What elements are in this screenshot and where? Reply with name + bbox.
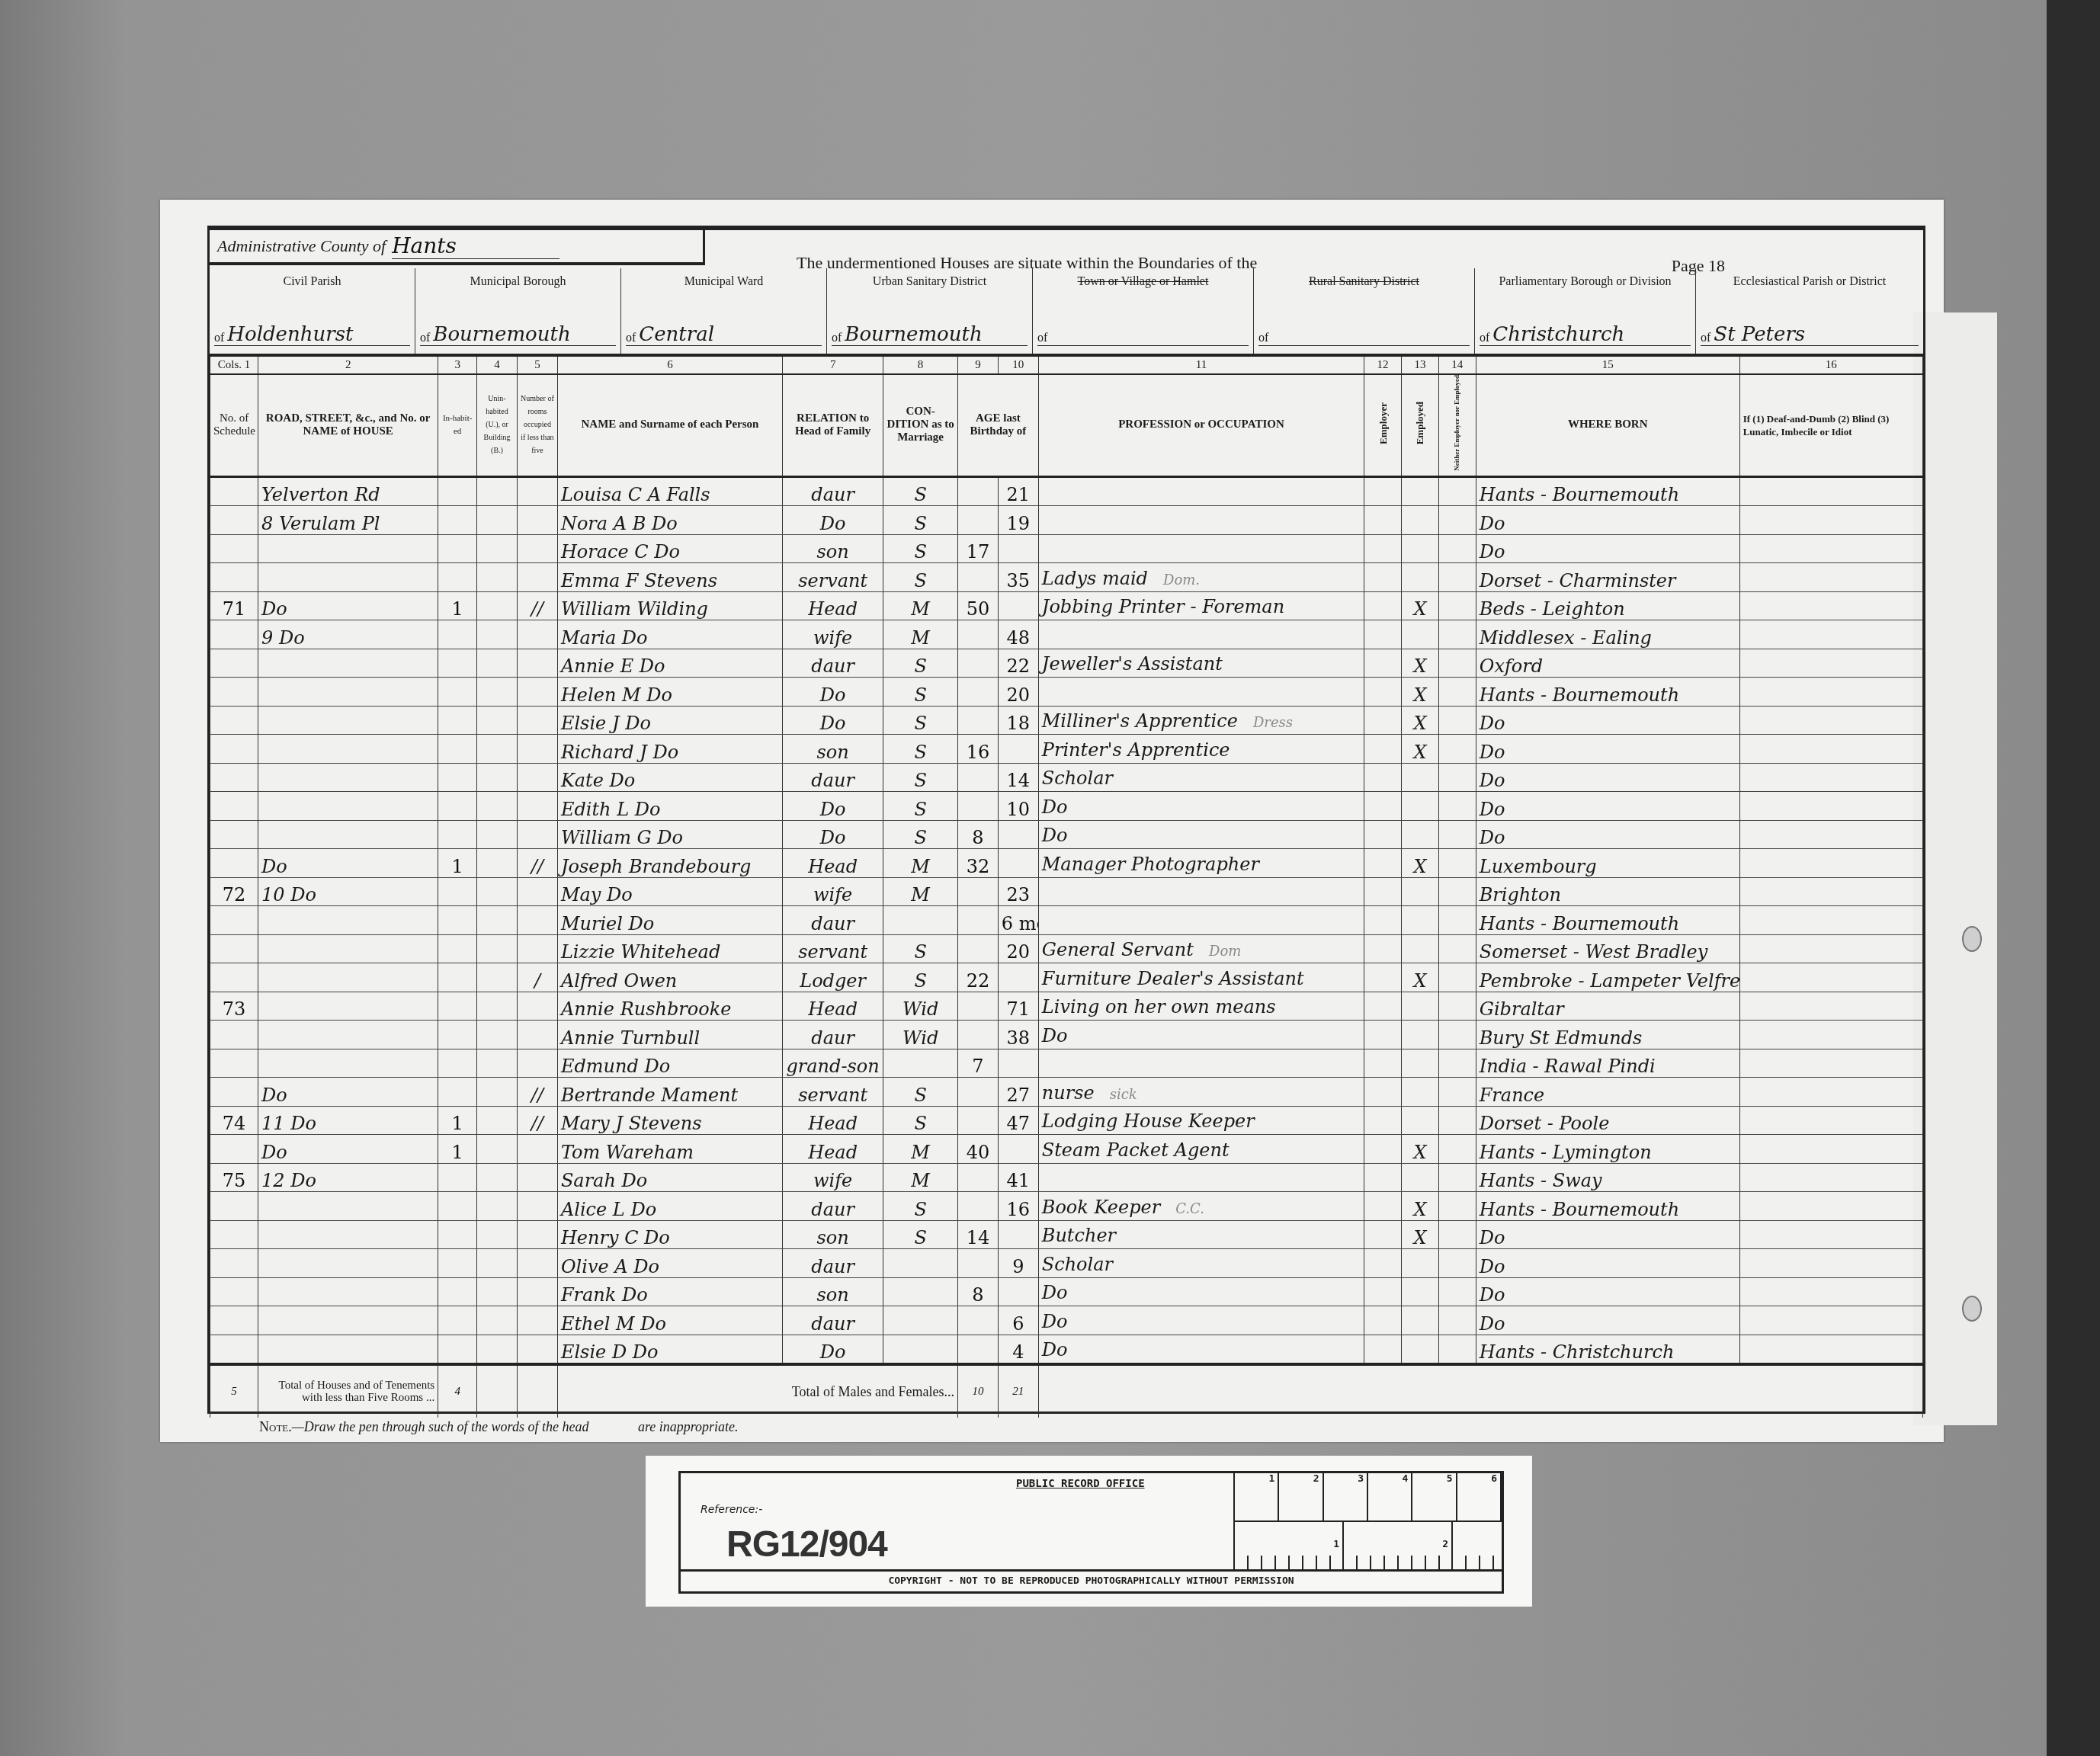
relation: Head — [782, 992, 883, 1021]
rooms-mark-text: / — [534, 970, 540, 992]
inhabited-count: 1 — [438, 1106, 477, 1135]
schedule-no — [210, 1306, 258, 1335]
employer-mark — [1364, 563, 1402, 592]
schedule-no — [210, 620, 258, 649]
relation-text: Do — [820, 827, 846, 848]
rooms-mark — [517, 735, 557, 764]
employed-mark: X — [1402, 1135, 1439, 1164]
person-name-text: Elsie J Do — [561, 713, 651, 734]
female-age: 27 — [998, 1078, 1038, 1107]
female-age: 22 — [998, 649, 1038, 678]
uninhabited-count — [477, 877, 518, 906]
relation-text: servant — [798, 941, 867, 963]
table-row: Helen M DoDoS20XHants - Bournemouth — [210, 678, 1923, 707]
road-address-text: 11 Do — [261, 1113, 316, 1134]
area-urban-sanitary-district: Urban Sanitary District ofBournemouth — [827, 268, 1033, 354]
rooms-mark: // — [517, 1078, 557, 1107]
schedule-no-text: 74 — [223, 1113, 246, 1134]
area-title: Municipal Ward — [621, 268, 826, 289]
office-title: PUBLIC RECORD OFFICE — [1016, 1478, 1145, 1490]
uninhabited-count — [477, 1135, 518, 1164]
area-rural-sanitary-district: Rural Sanitary District of — [1254, 268, 1475, 354]
male-age — [957, 620, 998, 649]
employed-mark — [1402, 506, 1439, 535]
employer-mark — [1364, 1192, 1402, 1221]
col-number: 11 — [1038, 357, 1364, 374]
county-label: Administrative County of — [217, 236, 386, 256]
occupation: Do — [1038, 820, 1364, 849]
employed-mark — [1402, 476, 1439, 506]
person-name: Ethel M Do — [557, 1306, 782, 1335]
area-value: Bournemouth — [433, 324, 570, 345]
table-row: Richard J DosonS16Printer's ApprenticeXD… — [210, 735, 1923, 764]
table-row: Horace C DosonS17Do — [210, 534, 1923, 563]
female-age-text: 23 — [1007, 884, 1031, 905]
relation: daur — [782, 763, 883, 792]
marital-condition-text: S — [914, 541, 926, 562]
road-address — [258, 763, 438, 792]
uninhabited-count — [477, 649, 518, 678]
person-name: Helen M Do — [557, 678, 782, 707]
inhabited-count — [438, 620, 477, 649]
male-age — [957, 877, 998, 906]
relation: daur — [782, 476, 883, 506]
marital-condition: S — [883, 735, 958, 764]
schedule-no — [210, 1192, 258, 1221]
header-rooms: Number of rooms occupied if less than fi… — [517, 374, 557, 476]
road-address — [258, 820, 438, 849]
infirmity — [1739, 1078, 1922, 1107]
header-uninhabited: Unin-habited (U.), or Building (B.) — [477, 374, 518, 476]
occupation — [1038, 906, 1364, 935]
infirmity — [1739, 792, 1922, 821]
total-females: 21 — [998, 1364, 1038, 1418]
col-number: 7 — [782, 357, 883, 374]
inhabited-count-text: 1 — [451, 1113, 463, 1134]
infirmity — [1739, 1135, 1922, 1164]
area-title: Municipal Borough — [415, 268, 620, 289]
male-age: 50 — [957, 591, 998, 620]
female-age: 20 — [998, 934, 1038, 963]
schedule-no: 72 — [210, 877, 258, 906]
male-age-text: 17 — [967, 541, 990, 562]
infirmity — [1739, 992, 1922, 1021]
person-name-text: Annie Turnbull — [561, 1027, 700, 1049]
occupation-text: Scholar — [1042, 1254, 1113, 1275]
person-name: William G Do — [557, 820, 782, 849]
inhabited-count — [438, 1163, 477, 1192]
relation: servant — [782, 563, 883, 592]
employed-mark-text: X — [1413, 742, 1426, 763]
female-age-text: 16 — [1007, 1199, 1031, 1220]
birthplace-text: Luxembourg — [1480, 856, 1597, 877]
total-houses-label: Total of Houses and of Tenements with le… — [258, 1364, 438, 1418]
schedule-no — [210, 1135, 258, 1164]
inhabited-count — [438, 735, 477, 764]
occupation: Lodging House Keeper — [1038, 1106, 1364, 1135]
col-number: 3 — [438, 357, 477, 374]
relation: daur — [782, 649, 883, 678]
birthplace-text: Do — [1480, 1256, 1505, 1277]
totals-row: 5 Total of Houses and of Tenements with … — [210, 1364, 1923, 1418]
reference-caption: Reference:- — [701, 1504, 762, 1516]
marital-condition-text: S — [914, 684, 926, 706]
infirmity — [1739, 763, 1922, 792]
male-age: 16 — [957, 735, 998, 764]
inhabited-count — [438, 649, 477, 678]
header-occupation: PROFESSION or OCCUPATION — [1038, 374, 1364, 476]
punch-hole-icon — [1962, 926, 1982, 952]
table-row: Edith L DoDoS10DoDo — [210, 792, 1923, 821]
of-label: of — [1258, 332, 1268, 345]
marital-condition-text: S — [914, 713, 926, 734]
relation-text: daur — [811, 655, 854, 677]
relation-text: daur — [811, 1256, 854, 1277]
schedule-no: 75 — [210, 1163, 258, 1192]
female-age — [998, 1135, 1038, 1164]
person-name: Joseph Brandebourg — [557, 849, 782, 878]
uninhabited-count — [477, 706, 518, 735]
road-address: Do — [258, 591, 438, 620]
marital-condition-text: S — [914, 484, 926, 505]
schedule-no — [210, 706, 258, 735]
birthplace: Hants - Bournemouth — [1476, 476, 1739, 506]
table-row: Henry C DosonS14ButcherXDo — [210, 1220, 1923, 1249]
schedule-no — [210, 534, 258, 563]
occupation — [1038, 506, 1364, 535]
road-address: Do — [258, 849, 438, 878]
marital-condition — [883, 906, 958, 935]
ruler-mark — [1453, 1522, 1499, 1569]
male-age-text: 22 — [967, 970, 990, 992]
occupation — [1038, 678, 1364, 707]
relation: Do — [782, 506, 883, 535]
rooms-mark-text: // — [531, 856, 543, 877]
occupation-text: Manager Photographer — [1042, 854, 1259, 875]
relation: son — [782, 534, 883, 563]
area-municipal-ward: Municipal Ward ofCentral — [621, 268, 827, 354]
birthplace-text: Hants - Bournemouth — [1480, 913, 1679, 934]
rooms-mark — [517, 877, 557, 906]
of-label: of — [832, 332, 842, 345]
marital-condition: M — [883, 620, 958, 649]
marital-condition-text: S — [914, 1199, 926, 1220]
schedule-no — [210, 1049, 258, 1078]
male-age-text: 50 — [967, 598, 990, 620]
area-title: Town or Village or Hamlet — [1033, 268, 1253, 289]
infirmity — [1739, 877, 1922, 906]
inhabited-count — [438, 706, 477, 735]
male-age: 32 — [957, 849, 998, 878]
male-age — [957, 506, 998, 535]
employer-mark — [1364, 1220, 1402, 1249]
census-form: Administrative County of Hants The under… — [207, 226, 1925, 1414]
occupation — [1038, 877, 1364, 906]
occupation: nursesick — [1038, 1078, 1364, 1107]
neither-mark — [1438, 534, 1476, 563]
marital-condition-text: M — [911, 1142, 930, 1163]
marital-condition — [883, 1335, 958, 1364]
occupation: Jeweller's Assistant — [1038, 649, 1364, 678]
inhabited-count-text: 1 — [451, 598, 463, 620]
sheet-margin — [1913, 312, 1997, 1425]
rooms-mark — [517, 1135, 557, 1164]
census-table: Cols. 1 2 3 4 5 6 7 8 9 10 11 12 13 14 1… — [210, 357, 1923, 1418]
birthplace: Do — [1476, 1277, 1739, 1306]
rooms-mark — [517, 934, 557, 963]
birthplace: Do — [1476, 1306, 1739, 1335]
relation-text: wife — [813, 627, 852, 649]
person-name-text: Alice L Do — [561, 1199, 656, 1220]
marital-condition-text: S — [914, 1227, 926, 1248]
person-name: Lizzie Whitehead — [557, 934, 782, 963]
marital-condition: M — [883, 849, 958, 878]
table-row: /Alfred OwenLodgerS22Furniture Dealer's … — [210, 963, 1923, 992]
person-name-text: Louisa C A Falls — [561, 484, 710, 505]
birthplace-text: Gibraltar — [1480, 998, 1564, 1020]
person-name: Edmund Do — [557, 1049, 782, 1078]
occupation-text: Do — [1042, 1311, 1068, 1332]
person-name: Annie E Do — [557, 649, 782, 678]
rooms-mark — [517, 1306, 557, 1335]
employed-mark-text: X — [1413, 684, 1426, 706]
marital-condition-text: S — [914, 655, 926, 677]
rooms-mark — [517, 649, 557, 678]
person-name: Olive A Do — [557, 1249, 782, 1278]
marital-condition: M — [883, 591, 958, 620]
female-age: 41 — [998, 1163, 1038, 1192]
female-age: 6 — [998, 1306, 1038, 1335]
male-age-text: 8 — [972, 827, 983, 848]
female-age — [998, 1277, 1038, 1306]
occupation-text: Steam Packet Agent — [1042, 1139, 1230, 1161]
employer-mark — [1364, 1249, 1402, 1278]
neither-mark — [1438, 992, 1476, 1021]
road-address — [258, 678, 438, 707]
birthplace-text: Hants - Christchurch — [1480, 1341, 1675, 1363]
occupation-code-note: Dom. — [1163, 572, 1200, 588]
neither-mark — [1438, 1192, 1476, 1221]
total-schedules: 5 — [210, 1364, 258, 1418]
marital-condition-text: Wid — [903, 1027, 938, 1049]
uninhabited-count — [477, 620, 518, 649]
road-address — [258, 649, 438, 678]
infirmity — [1739, 735, 1922, 764]
male-age: 17 — [957, 534, 998, 563]
marital-condition: M — [883, 877, 958, 906]
neither-mark — [1438, 820, 1476, 849]
employed-mark: X — [1402, 849, 1439, 878]
occupation: Printer's Apprentice — [1038, 735, 1364, 764]
female-age-text: 6 — [1012, 1313, 1024, 1335]
relation: Do — [782, 706, 883, 735]
occupation-text: Scholar — [1042, 767, 1113, 789]
birthplace-text: Do — [1480, 827, 1505, 848]
inhabited-count — [438, 792, 477, 821]
employer-mark — [1364, 1277, 1402, 1306]
schedule-no — [210, 1078, 258, 1107]
person-name-text: May Do — [561, 884, 633, 905]
ruler-mark: 2 — [1344, 1522, 1453, 1569]
col-number: 8 — [883, 357, 958, 374]
employer-label: Employer — [1377, 402, 1390, 444]
relation: servant — [782, 1078, 883, 1107]
infirmity — [1739, 963, 1922, 992]
rooms-mark — [517, 1192, 557, 1221]
neither-mark — [1438, 849, 1476, 878]
rooms-mark — [517, 1163, 557, 1192]
uninhabited-count — [477, 735, 518, 764]
birthplace: Dorset - Charminster — [1476, 563, 1739, 592]
occupation — [1038, 534, 1364, 563]
birthplace-text: Beds - Leighton — [1480, 598, 1625, 620]
birthplace-text: Do — [1480, 513, 1505, 534]
person-name-text: Edmund Do — [561, 1056, 670, 1077]
female-age — [998, 849, 1038, 878]
inhabited-count — [438, 820, 477, 849]
table-row: Olive A Dodaur9ScholarDo — [210, 1249, 1923, 1278]
copyright-notice: COPYRIGHT - NOT TO BE REPRODUCED PHOTOGR… — [681, 1569, 1502, 1591]
neither-mark — [1438, 877, 1476, 906]
inhabited-count — [438, 476, 477, 506]
birthplace-text: Bury St Edmunds — [1480, 1027, 1643, 1049]
column-headers: No. of Schedule ROAD, STREET, &c., and N… — [210, 374, 1923, 476]
rooms-mark — [517, 820, 557, 849]
marital-condition: S — [883, 1106, 958, 1135]
uninhabited-count — [477, 763, 518, 792]
female-age: 35 — [998, 563, 1038, 592]
uninhabited-count — [477, 1335, 518, 1364]
person-name: Alice L Do — [557, 1192, 782, 1221]
female-age — [998, 820, 1038, 849]
person-name: Henry C Do — [557, 1220, 782, 1249]
female-age-text: 71 — [1007, 998, 1031, 1020]
relation: daur — [782, 1192, 883, 1221]
occupation-text: Jobbing Printer - Foreman — [1042, 596, 1284, 617]
person-name-text: Olive A Do — [561, 1256, 659, 1277]
schedule-no — [210, 1249, 258, 1278]
road-address-text: 8 Verulam Pl — [261, 513, 380, 534]
schedule-no — [210, 849, 258, 878]
infirmity — [1739, 1306, 1922, 1335]
occupation: Milliner's ApprenticeDress — [1038, 706, 1364, 735]
inhabited-count — [438, 678, 477, 707]
neither-mark — [1438, 1220, 1476, 1249]
female-age: 18 — [998, 706, 1038, 735]
birthplace: Somerset - West Bradley — [1476, 934, 1739, 963]
uninhabited-count — [477, 820, 518, 849]
marital-condition: S — [883, 763, 958, 792]
female-age-text: 38 — [1007, 1027, 1031, 1049]
area-title: Civil Parish — [210, 268, 415, 289]
table-row: 71Do1//William WildingHeadM50Jobbing Pri… — [210, 591, 1923, 620]
col-number: 14 — [1438, 357, 1476, 374]
rooms-mark-text: // — [531, 1113, 543, 1134]
road-address: 11 Do — [258, 1106, 438, 1135]
occupation-text: Do — [1042, 1282, 1068, 1303]
person-name-text: Muriel Do — [561, 913, 654, 934]
employed-mark — [1402, 563, 1439, 592]
uninhabited-count — [477, 849, 518, 878]
neither-mark — [1438, 1106, 1476, 1135]
birthplace-text: Hants - Sway — [1480, 1170, 1602, 1191]
header-age: AGE last Birthday of — [957, 374, 1038, 476]
road-address-text: Do — [261, 598, 287, 620]
marital-condition-text: S — [914, 513, 926, 534]
relation-text: wife — [813, 1170, 852, 1191]
marital-condition: S — [883, 820, 958, 849]
female-age — [998, 591, 1038, 620]
person-name: Alfred Owen — [557, 963, 782, 992]
male-age: 8 — [957, 820, 998, 849]
male-age-text: 7 — [972, 1056, 983, 1077]
marital-condition-text: S — [914, 742, 926, 763]
schedule-no — [210, 1021, 258, 1049]
schedule-no — [210, 563, 258, 592]
ruler-cm: 1 2 3 4 5 6 — [1235, 1473, 1502, 1522]
male-age — [957, 906, 998, 935]
neither-label: Neither Employer nor Employed — [1451, 375, 1464, 471]
person-name: Louisa C A Falls — [557, 476, 782, 506]
employer-mark — [1364, 992, 1402, 1021]
table-row: Muriel Dodaur6 moHants - Bournemouth — [210, 906, 1923, 935]
employed-mark: X — [1402, 706, 1439, 735]
infirmity — [1739, 1220, 1922, 1249]
occupation-text: Ladys maid — [1042, 568, 1148, 589]
female-age-text: 10 — [1007, 799, 1031, 820]
relation-text: Head — [808, 1142, 858, 1163]
employer-mark — [1364, 1306, 1402, 1335]
person-name: Annie Rushbrooke — [557, 992, 782, 1021]
table-row: 7512 DoSarah DowifeM41Hants - Sway — [210, 1163, 1923, 1192]
neither-mark — [1438, 476, 1476, 506]
female-age-text: 4 — [1012, 1341, 1024, 1363]
birthplace: Hants - Lymington — [1476, 1135, 1739, 1164]
road-address-text: Yelverton Rd — [261, 484, 380, 505]
occupation: Butcher — [1038, 1220, 1364, 1249]
relation: daur — [782, 1021, 883, 1049]
table-row: Ethel M Dodaur6DoDo — [210, 1306, 1923, 1335]
birthplace-text: Do — [1480, 742, 1505, 763]
female-age-text: 47 — [1007, 1113, 1031, 1134]
inhabited-count — [438, 1277, 477, 1306]
marital-condition-text: M — [911, 627, 930, 649]
birthplace: Do — [1476, 706, 1739, 735]
female-age: 19 — [998, 506, 1038, 535]
road-address — [258, 1220, 438, 1249]
road-address — [258, 963, 438, 992]
employed-mark — [1402, 1335, 1439, 1364]
employed-mark — [1402, 1049, 1439, 1078]
area-title: Urban Sanitary District — [827, 268, 1032, 289]
relation: daur — [782, 1306, 883, 1335]
employer-mark — [1364, 735, 1402, 764]
female-age: 16 — [998, 1192, 1038, 1221]
relation-text: servant — [798, 570, 867, 591]
employed-mark: X — [1402, 649, 1439, 678]
road-address-text: Do — [261, 1142, 287, 1163]
inhabited-count — [438, 763, 477, 792]
header-inhabited: In-habit-ed — [438, 374, 477, 476]
table-row: Lizzie WhiteheadservantS20General Servan… — [210, 934, 1923, 963]
rooms-mark — [517, 678, 557, 707]
male-age-text: 14 — [967, 1227, 990, 1248]
birthplace: Do — [1476, 1249, 1739, 1278]
relation-text: son — [817, 742, 849, 763]
occupation-text: Do — [1042, 825, 1068, 846]
relation-text: Head — [808, 1113, 858, 1134]
relation-text: daur — [811, 770, 854, 791]
